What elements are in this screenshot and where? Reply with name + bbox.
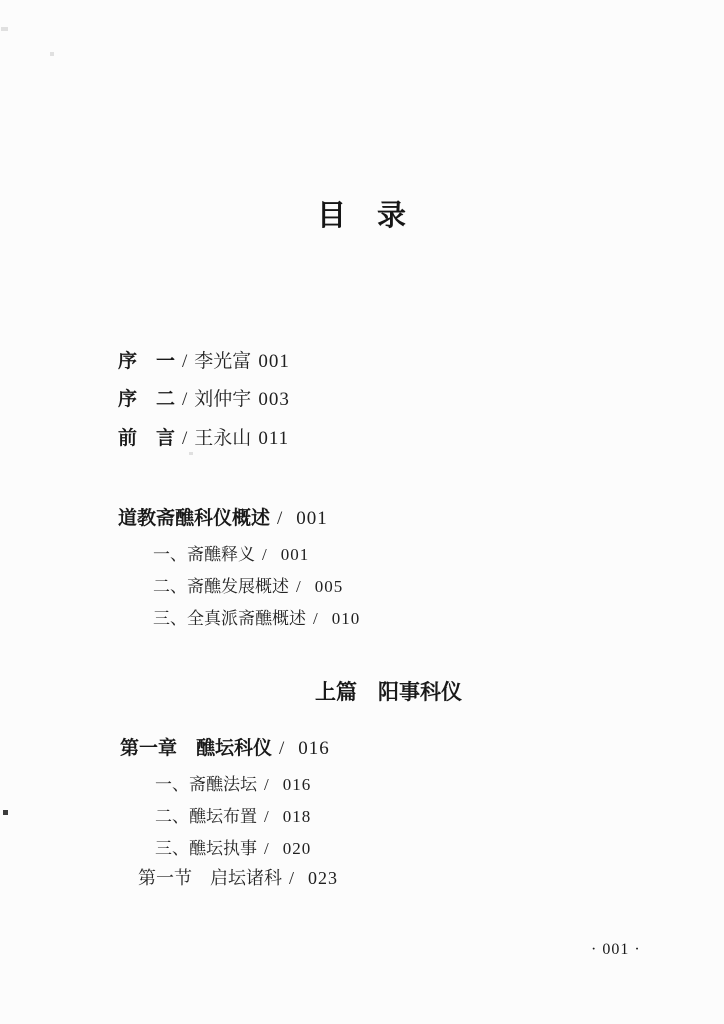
entry-label: 序 一 (118, 351, 175, 372)
entry-label: 第一节 启坛诸科 (138, 868, 282, 888)
toc-entry-chapter-1-item-3: 三、醮坛执事/020 (155, 840, 311, 859)
toc-part-heading: 上篇 阳事科仪 (315, 681, 462, 704)
separator: / (264, 839, 269, 858)
entry-page-number: 011 (258, 428, 289, 449)
entry-label: 前 言 (118, 428, 175, 449)
entry-label: 道教斋醮科仪概述 (118, 508, 270, 529)
entry-page-number: 023 (308, 868, 338, 888)
separator: / (264, 775, 269, 794)
entry-page-number: 005 (315, 577, 344, 596)
entry-author: 李光富 (194, 351, 251, 372)
separator: / (182, 389, 187, 410)
page-title: 目 录 (0, 200, 724, 233)
toc-entry-preface-1: 序 一/李光富001 (118, 352, 290, 373)
entry-label: 一、斋醮释义 (153, 545, 255, 564)
toc-entry-chapter-1-heading: 第一章 醮坛科仪/016 (120, 739, 330, 760)
separator: / (277, 508, 282, 529)
toc-entry-chapter-1-item-2: 二、醮坛布置/018 (155, 808, 311, 827)
entry-page-number: 016 (298, 738, 330, 759)
separator: / (289, 868, 294, 888)
scan-speck (50, 52, 54, 56)
entry-page-number: 001 (296, 508, 328, 529)
toc-page: 目 录 序 一/李光富001 序 二/刘仲宇003 前 言/王永山011 道教斋… (0, 0, 724, 1024)
entry-author: 刘仲宇 (194, 389, 251, 410)
toc-entry-foreword: 前 言/王永山011 (118, 429, 289, 450)
toc-entry-overview-item-3: 三、全真派斋醮概述/010 (153, 610, 360, 629)
entry-author: 王永山 (194, 428, 251, 449)
entry-label: 第一章 醮坛科仪 (120, 738, 272, 759)
entry-page-number: 016 (283, 775, 312, 794)
separator: / (313, 609, 318, 628)
toc-entry-overview-item-2: 二、斋醮发展概述/005 (153, 578, 343, 597)
separator: / (262, 545, 267, 564)
toc-entry-overview-heading: 道教斋醮科仪概述/001 (118, 509, 328, 530)
toc-entry-preface-2: 序 二/刘仲宇003 (118, 390, 290, 411)
scan-speck (1, 27, 8, 31)
separator: / (296, 577, 301, 596)
separator: / (279, 738, 284, 759)
entry-page-number: 001 (281, 545, 310, 564)
entry-page-number: 003 (258, 389, 290, 410)
entry-label: 序 二 (118, 389, 175, 410)
toc-entry-chapter-1-item-1: 一、斋醮法坛/016 (155, 776, 311, 795)
separator: / (182, 428, 187, 449)
entry-label: 二、斋醮发展概述 (153, 577, 289, 596)
entry-label: 三、醮坛执事 (155, 839, 257, 858)
toc-entry-overview-item-1: 一、斋醮释义/001 (153, 546, 309, 565)
scan-speck (189, 452, 193, 455)
entry-page-number: 020 (283, 839, 312, 858)
entry-label: 一、斋醮法坛 (155, 775, 257, 794)
entry-page-number: 018 (283, 807, 312, 826)
separator: / (264, 807, 269, 826)
entry-page-number: 010 (332, 609, 361, 628)
entry-label: 二、醮坛布置 (155, 807, 257, 826)
toc-entry-chapter-1-section-1: 第一节 启坛诸科/023 (138, 869, 338, 889)
folio-page-number: · 001 · (591, 941, 641, 959)
scan-speck (3, 810, 8, 815)
entry-page-number: 001 (258, 351, 290, 372)
entry-label: 三、全真派斋醮概述 (153, 609, 306, 628)
separator: / (182, 351, 187, 372)
